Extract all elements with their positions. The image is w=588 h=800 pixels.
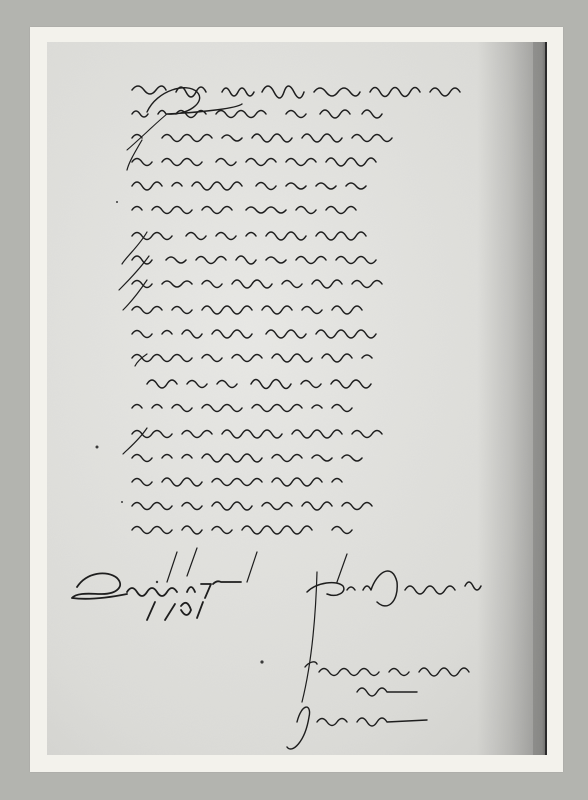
photo-mount: haben sollen, mit Soldaten anfüllen woll… xyxy=(30,27,563,772)
document-photograph: haben sollen, mit Soldaten anfüllen woll… xyxy=(47,42,547,755)
handwriting-ink xyxy=(47,42,547,755)
